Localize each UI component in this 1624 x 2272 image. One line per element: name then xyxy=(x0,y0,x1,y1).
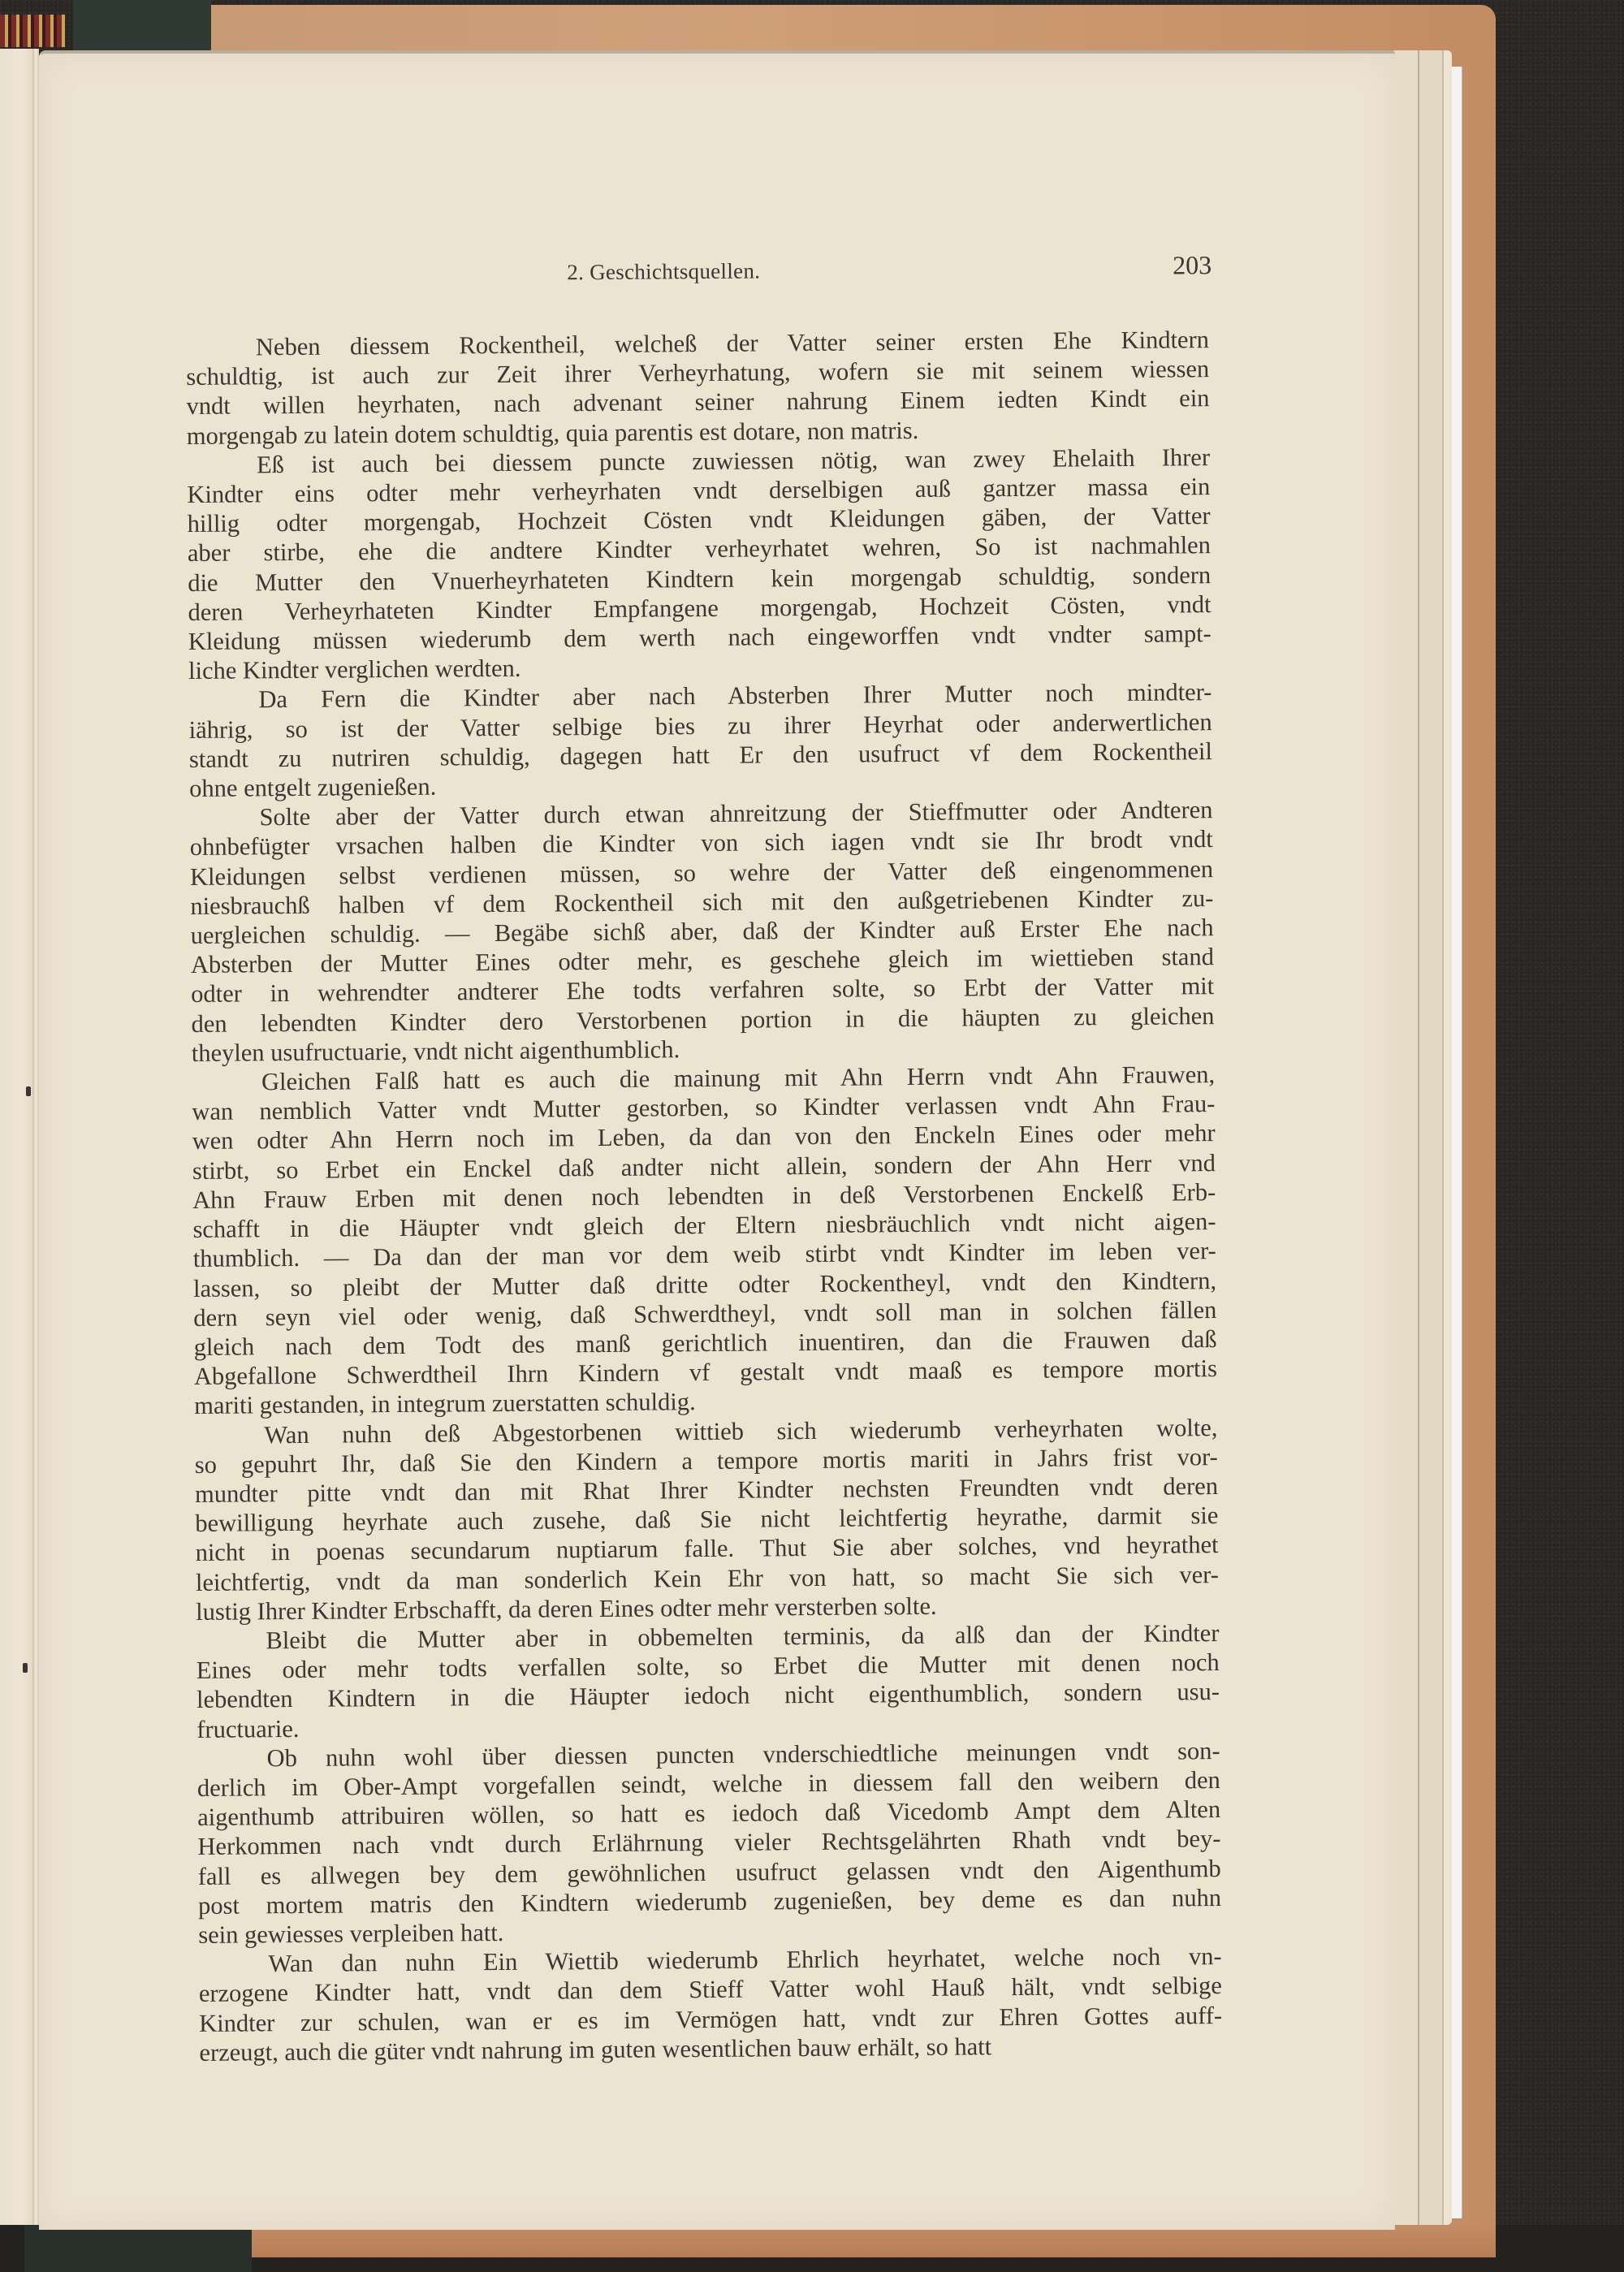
paragraph: Eß ist auch bei diessem puncte zuwiessen… xyxy=(187,443,1212,686)
paragraph: Neben diessem Rockentheil, welcheß der V… xyxy=(186,325,1210,451)
running-head: 2. Geschichtsquellen. 203 xyxy=(185,240,1208,297)
paragraph: Da Fern die Kindter aber nach Absterben … xyxy=(188,678,1212,804)
paragraph: Wan nuhn deß Abgestorbenen wittieb sich … xyxy=(194,1413,1219,1626)
paragraph: Wan dan nuhn Ein Wiettib wiederumb Ehrli… xyxy=(198,1942,1222,2067)
gutter xyxy=(32,49,39,2225)
spine-cloth-top xyxy=(73,0,211,52)
book-cover-board-bottom xyxy=(203,2225,1496,2257)
paragraph: Solte aber der Vatter durch etwan ahnrei… xyxy=(189,795,1215,1068)
paragraph: Bleibt die Mutter aber in obbemelten ter… xyxy=(196,1618,1220,1744)
margin-mark xyxy=(26,1086,31,1096)
paragraph: Ob nuhn wohl über diessen puncten vnders… xyxy=(197,1736,1221,1950)
running-title: 2. Geschichtsquellen. xyxy=(567,258,760,285)
body-text: Neben diessem Rockentheil, welcheß der V… xyxy=(186,325,1223,2067)
headband xyxy=(0,15,65,47)
paragraph: Gleichen Falß hatt es auch die mainung m… xyxy=(192,1060,1217,1420)
page-number: 203 xyxy=(1173,250,1212,280)
page-edges xyxy=(1393,50,1452,2225)
book-page: 2. Geschichtsquellen. 203 Neben diessem … xyxy=(39,50,1395,2230)
margin-mark xyxy=(23,1663,28,1673)
page-edge-white xyxy=(1452,67,1462,2218)
text-block: 2. Geschichtsquellen. 203 Neben diessem … xyxy=(185,240,1223,2067)
facing-page-strip xyxy=(0,49,36,2225)
